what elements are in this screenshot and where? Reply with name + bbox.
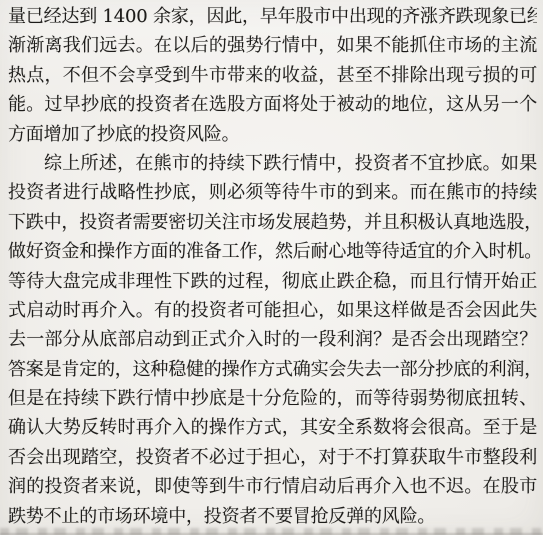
text-line: 方面增加了抄底的投资风险。 [8,120,537,149]
text-line: 但是在持续下跌行情中抄底是十分危险的，而等待弱势彻底扭转、 [8,384,537,413]
text-line: 综上所述，在熊市的持续下跌行情中，投资者不宜抄底。如果 [8,149,537,178]
text-line: 做好资金和操作方面的准备工作，然后耐心地等待适宜的介入时机。 [8,237,537,266]
text-block: 量已经达到 1400 余家，因此，早年股市中出现的齐涨齐跌现象已经 渐渐离我们远… [8,2,537,531]
text-line: 等待大盘完成非理性下跌的过程，彻底止跌企稳，而且行情开始正 [8,267,537,296]
text-line: 能。过早抄底的投资者在选股方面将处于被动的地位，这从另一个 [8,90,537,119]
paragraph-1: 量已经达到 1400 余家，因此，早年股市中出现的齐涨齐跌现象已经 渐渐离我们远… [8,2,537,149]
scanned-page: 量已经达到 1400 余家，因此，早年股市中出现的齐涨齐跌现象已经 渐渐离我们远… [0,0,543,535]
text-line: 量已经达到 1400 余家，因此，早年股市中出现的齐涨齐跌现象已经 [8,2,537,31]
text-line: 否会出现踏空，投资者不必过于担心，对于不打算获取牛市整段利 [8,443,537,472]
text-line: 跌势不止的市场环境中，投资者不要冒抢反弹的风险。 [8,502,537,531]
text-line: 去一部分从底部启动到正式介入时的一段利润？是否会出现踏空？ [8,325,537,354]
text-line: 答案是肯定的，这种稳健的操作方式确实会失去一部分抄底的利润， [8,355,537,384]
text-line: 确认大势反转时再介入的操作方式，其安全系数将会很高。至于是 [8,413,537,442]
text-line: 式启动时再介入。有的投资者可能担心，如果这样做是否会因此失 [8,296,537,325]
text-line: 投资者进行战略性抄底，则必须等待牛市的到来。而在熊市的持续 [8,178,537,207]
text-line: 下跌中，投资者需要密切关注市场发展趋势，并且积极认真地选股， [8,208,537,237]
paragraph-2: 综上所述，在熊市的持续下跌行情中，投资者不宜抄底。如果 投资者进行战略性抄底，则… [8,149,537,531]
text-line: 润的投资者来说，即使等到牛市行情启动后再介入也不迟。在股市 [8,472,537,501]
text-line: 渐渐离我们远去。在以后的强势行情中，如果不能抓住市场的主流 [8,31,537,60]
text-line: 热点，不但不会享受到牛市带来的收益，甚至不排除出现亏损的可 [8,61,537,90]
